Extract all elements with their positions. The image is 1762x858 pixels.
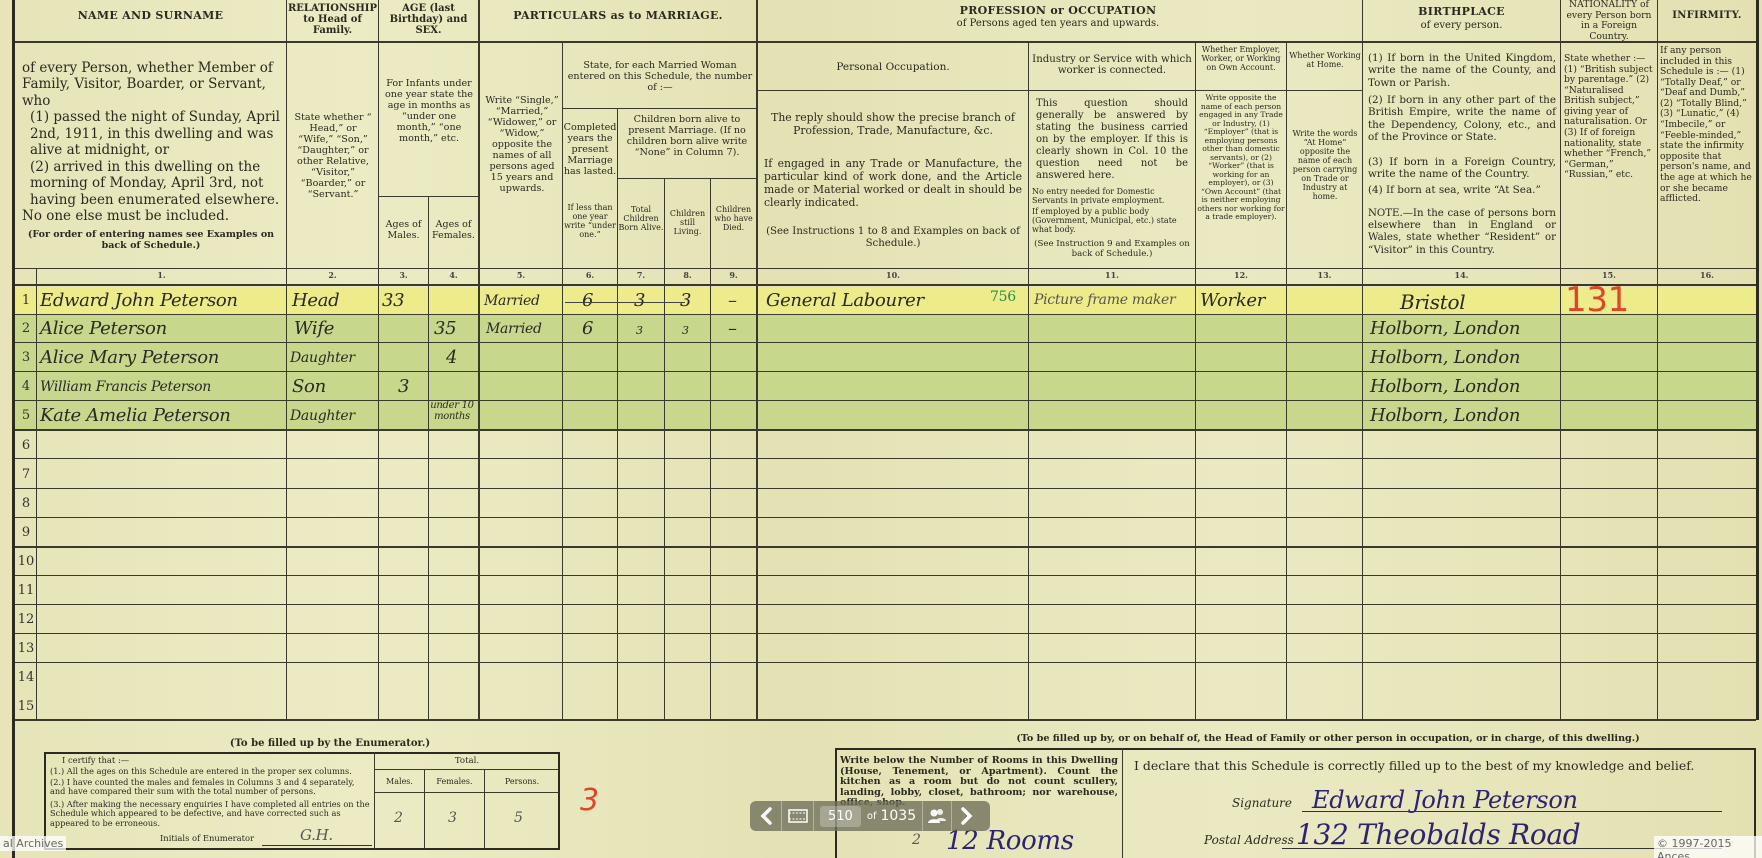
colnum-13: 13.	[1287, 270, 1362, 284]
name-instruction-a: of every Person, whether Member of Famil…	[22, 60, 280, 109]
married-woman-instructions: State, for each Married Woman entered on…	[566, 60, 754, 93]
row1-name: Edward John Peterson	[40, 290, 238, 311]
people-index-icon	[927, 808, 947, 824]
colnum-6: 6.	[563, 270, 617, 284]
row5-age-female: under 10 months	[424, 400, 480, 422]
col-divider	[1028, 42, 1029, 719]
industry-title: Industry or Service with which worker is…	[1030, 54, 1194, 77]
total-label: Total.	[375, 757, 559, 767]
row2-born-alive: 3	[636, 324, 643, 337]
image-viewer-navbar: 510 of 1035	[750, 801, 990, 831]
colnum-8: 8.	[665, 270, 710, 284]
industry-instruction-b: No entry needed for Domestic Servants in…	[1032, 188, 1192, 206]
persons-total: 5	[514, 810, 523, 826]
employer-instructions: Write opposite the name of each person e…	[1197, 94, 1285, 222]
rooms-prefix: 2	[912, 832, 921, 848]
page-border-right	[1756, 0, 1759, 720]
enumerator-labels-divider	[375, 792, 559, 793]
row2-marital: Married	[486, 321, 542, 337]
row4-relationship: Son	[292, 376, 326, 397]
birthplace-title: BIRTHPLACE	[1363, 6, 1560, 18]
row3-birthplace: Holborn, London	[1370, 347, 1520, 368]
row3-name: Alice Mary Peterson	[40, 347, 219, 368]
colnum-10: 10.	[758, 270, 1028, 284]
row1-still-living: 3	[680, 290, 691, 311]
row1-marital: Married	[484, 293, 540, 309]
occupation-title: PROFESSION or OCCUPATION	[758, 5, 1358, 17]
infirmity-title: INFIRMITY.	[1658, 10, 1756, 21]
row-number: 12	[15, 612, 37, 627]
certify-item-3: (3.) After making the necessary enquirie…	[50, 800, 372, 828]
row-number: 15	[15, 699, 37, 714]
females-label: Females.	[425, 778, 484, 787]
table-bottom-line	[15, 719, 1756, 721]
postal-address-value: 132 Theobalds Road	[1296, 818, 1580, 851]
row-number: 7	[15, 467, 37, 482]
next-image-button[interactable]	[952, 801, 982, 831]
colnum-14: 14.	[1363, 270, 1560, 284]
children-subdivider	[617, 178, 756, 179]
row1-industry: Picture frame maker	[1034, 292, 1175, 308]
chevron-left-icon	[760, 807, 772, 825]
industry-instruction-a: This question should generally be answer…	[1036, 98, 1188, 182]
colnum-3: 3.	[379, 270, 428, 284]
head-of-family-heading: (To be filled up by, or on behalf of, th…	[900, 734, 1756, 745]
col-divider	[1560, 0, 1561, 719]
row-line	[15, 429, 1756, 431]
col-divider	[617, 108, 618, 719]
personal-occupation-instruction-a: The reply should show the precise branch…	[764, 112, 1022, 138]
filmstrip-button[interactable]	[782, 801, 814, 831]
certify-item-2: (2.) I have counted the males and female…	[50, 778, 372, 797]
previous-image-button[interactable]	[750, 801, 782, 831]
occupation-subtitle: of Persons aged ten years and upwards.	[758, 18, 1358, 29]
ages-of-females-title: Ages of Females.	[429, 220, 478, 242]
females-total: 3	[448, 810, 457, 826]
row4-name: William Francis Peterson	[40, 379, 211, 395]
col-divider	[478, 0, 480, 719]
children-group-title: Children born alive to present Marriage.…	[620, 114, 754, 158]
row-line	[15, 662, 1756, 663]
row-line	[15, 458, 1756, 459]
initials-label: Initials of Enumerator	[160, 834, 260, 844]
occupation-subdivider	[756, 90, 1196, 91]
row1-years-married: 6	[582, 290, 593, 311]
infirmity-instructions: If any person included in this Schedule …	[1660, 46, 1754, 205]
row-line	[15, 575, 1756, 576]
certify-item-1: (1.) All the ages on this Schedule are e…	[50, 767, 372, 776]
total-pages: 1035	[880, 808, 916, 824]
colnum-11: 11.	[1029, 270, 1195, 284]
row3-relationship: Daughter	[290, 350, 355, 366]
males-label: Males.	[375, 778, 424, 787]
colnum-2: 2.	[287, 270, 378, 284]
marriage-title: PARTICULARS as to MARRIAGE.	[480, 10, 756, 22]
colnum-bottom-line	[15, 284, 1756, 286]
row-number: 13	[15, 641, 37, 656]
col-divider	[378, 0, 379, 719]
colnum-top-line	[15, 268, 1756, 269]
row1-relationship: Head	[292, 290, 339, 311]
row1-occupation: General Labourer	[766, 290, 924, 311]
filmstrip-icon	[788, 809, 808, 823]
col-divider	[1362, 0, 1363, 719]
row-number: 11	[15, 583, 37, 598]
marriage-subdivider	[562, 108, 756, 109]
row2-years-married: 6	[582, 318, 593, 339]
personal-occupation-instruction-c: (See Instructions 1 to 8 and Examples on…	[764, 226, 1022, 250]
colnum-1: 1.	[37, 270, 286, 284]
col-divider	[664, 178, 665, 719]
row2-died: –	[728, 318, 737, 339]
row-line	[15, 400, 1756, 401]
col-divider	[1195, 42, 1196, 719]
col-divider	[286, 0, 287, 719]
personal-occupation-title: Personal Occupation.	[758, 62, 1028, 74]
row1-birthplace: Bristol	[1400, 290, 1465, 314]
census-schedule-page: NAME AND SURNAME of every Person, whethe…	[0, 0, 1762, 858]
row-line	[15, 517, 1756, 518]
age-instructions: For Infants under one year state the age…	[381, 78, 477, 144]
years-married-note: If less than one year write “under one.”	[563, 204, 617, 240]
row-number: 1	[15, 293, 37, 308]
enumerator-heading: (To be filled up by the Enumerator.)	[40, 738, 620, 749]
total-born-alive-title: Total Children Born Alive.	[618, 206, 664, 233]
birthplace-note: NOTE.—In the case of persons born elsewh…	[1368, 208, 1556, 257]
signature-label: Signature	[1232, 797, 1312, 810]
postal-address-label: Postal Address	[1204, 834, 1304, 847]
enumerator-total-divider	[375, 769, 559, 770]
row5-name: Kate Amelia Peterson	[40, 405, 231, 426]
employer-title: Whether Employer, Worker, or Working on …	[1197, 46, 1285, 73]
row-number: 9	[15, 525, 37, 540]
initials-value: G.H.	[300, 826, 333, 844]
birthplace-instruction-3: (3) If born in a Foreign Country, write …	[1368, 156, 1556, 181]
row1-age-male: 33	[382, 290, 404, 311]
row1-occupation-code: 756	[990, 289, 1016, 305]
row-line	[15, 371, 1756, 372]
row-line	[15, 342, 1756, 343]
row-number: 6	[15, 438, 37, 453]
row2-name: Alice Peterson	[40, 318, 167, 339]
current-page-input[interactable]: 510	[820, 806, 861, 827]
row1-employer-status: Worker	[1200, 290, 1265, 311]
header-divider	[15, 41, 1756, 43]
name-instruction-e: (For order of entering names see Example…	[22, 229, 280, 252]
nationality-instructions: State whether :— (1) “British subject by…	[1564, 54, 1654, 181]
personal-occupation-instruction-b: If engaged in any Trade or Manufacture, …	[764, 158, 1022, 210]
row2-birthplace: Holborn, London	[1370, 318, 1520, 339]
signature-value: Edward John Peterson	[1312, 786, 1578, 814]
col-divider	[710, 178, 711, 719]
birthplace-instruction-4: (4) If born at sea, write “At Sea.”	[1368, 184, 1556, 196]
persons-label: Persons.	[485, 778, 559, 787]
row-number: 2	[15, 321, 37, 336]
row-line	[15, 546, 1756, 548]
row-number: 4	[15, 379, 37, 394]
row-number: 10	[15, 554, 37, 569]
archive-watermark: al Archives	[0, 836, 66, 851]
ages-of-males-title: Ages of Males.	[379, 220, 428, 242]
row-number: 5	[15, 408, 37, 423]
relationship-instructions: State whether “ Head,” or “Wife,” “Son,”…	[292, 112, 374, 200]
name-instructions: of every Person, whether Member of Famil…	[22, 60, 280, 252]
birthplace-instruction-2: (2) If born in any other part of the Bri…	[1368, 94, 1556, 144]
initials-line	[262, 845, 372, 846]
row4-age-male: 3	[398, 376, 409, 397]
at-home-title: Whether Working at Home.	[1288, 52, 1362, 70]
colnum-12: 12.	[1196, 270, 1286, 284]
row-line	[15, 488, 1756, 489]
employer-subdivider	[1195, 90, 1363, 91]
name-instruction-c: (2) arrived in this dwelling on the morn…	[22, 159, 280, 208]
row-line	[15, 314, 1756, 315]
age-title: AGE (last Birthday) and SEX.	[379, 3, 478, 37]
declaration-text: I declare that this Schedule is correctl…	[1134, 759, 1754, 773]
row-line	[15, 633, 1756, 634]
col-divider	[1657, 0, 1658, 719]
males-total: 2	[394, 810, 403, 826]
chevron-right-icon	[961, 807, 973, 825]
birthplace-subtitle: of every person.	[1363, 20, 1560, 31]
colnum-7: 7.	[618, 270, 664, 284]
name-instruction-d: No one else must be included.	[22, 208, 280, 224]
copyright-watermark: © 1997-2015 Ances	[1654, 836, 1762, 858]
row1-nationality-mark: 131	[1565, 280, 1629, 320]
nationality-title: NATIONALITY of every Person born in a Fo…	[1561, 0, 1657, 42]
row1-born-alive: 3	[634, 290, 645, 311]
page-of-label: of	[867, 811, 877, 822]
row2-relationship: Wife	[294, 318, 334, 339]
row-number: 14	[15, 670, 37, 685]
industry-instruction-d: (See Instruction 9 and Examples on back …	[1032, 240, 1192, 260]
row2-still-living: 3	[682, 324, 689, 337]
row1-died: –	[728, 290, 737, 311]
row5-birthplace: Holborn, London	[1370, 405, 1520, 426]
birthplace-instruction-1: (1) If born in the United Kingdom, write…	[1368, 52, 1556, 89]
certify-label: I certify that :—	[62, 756, 362, 766]
row3-age-female: 4	[446, 347, 457, 368]
row4-birthplace: Holborn, London	[1370, 376, 1520, 397]
colnum-4: 4.	[429, 270, 478, 284]
col-divider	[756, 0, 758, 719]
col-divider	[1286, 42, 1287, 719]
relationship-title: RELATIONSHIP to Head of Family.	[287, 3, 378, 37]
still-living-title: Children still Living.	[665, 210, 710, 237]
colnum-16: 16.	[1658, 270, 1756, 284]
row-number: 3	[15, 350, 37, 365]
row5-relationship: Daughter	[290, 408, 355, 424]
name-surname-title: NAME AND SURNAME	[15, 10, 286, 22]
industry-instruction-c: If employed by a public body (Government…	[1032, 208, 1192, 235]
row1-strikethrough	[565, 302, 685, 303]
name-instruction-b: (1) passed the night of Sunday, April 2n…	[22, 109, 280, 158]
row2-age-female: 35	[434, 318, 456, 339]
colnum-9: 9.	[711, 270, 756, 284]
index-people-button[interactable]	[922, 801, 952, 831]
colnum-5: 5.	[480, 270, 562, 284]
enumerator-red-mark: 3	[580, 783, 599, 818]
marital-instructions: Write “Single,” “Married,” “Widower,” or…	[484, 95, 560, 194]
years-married-title: Completed years the present Marriage has…	[563, 122, 617, 177]
rooms-divider	[1122, 748, 1123, 858]
row-line	[15, 604, 1756, 605]
row-number: 8	[15, 496, 37, 511]
at-home-instructions: Write the words “At Home” opposite the n…	[1290, 130, 1360, 202]
died-title: Children who have Died.	[711, 206, 756, 233]
